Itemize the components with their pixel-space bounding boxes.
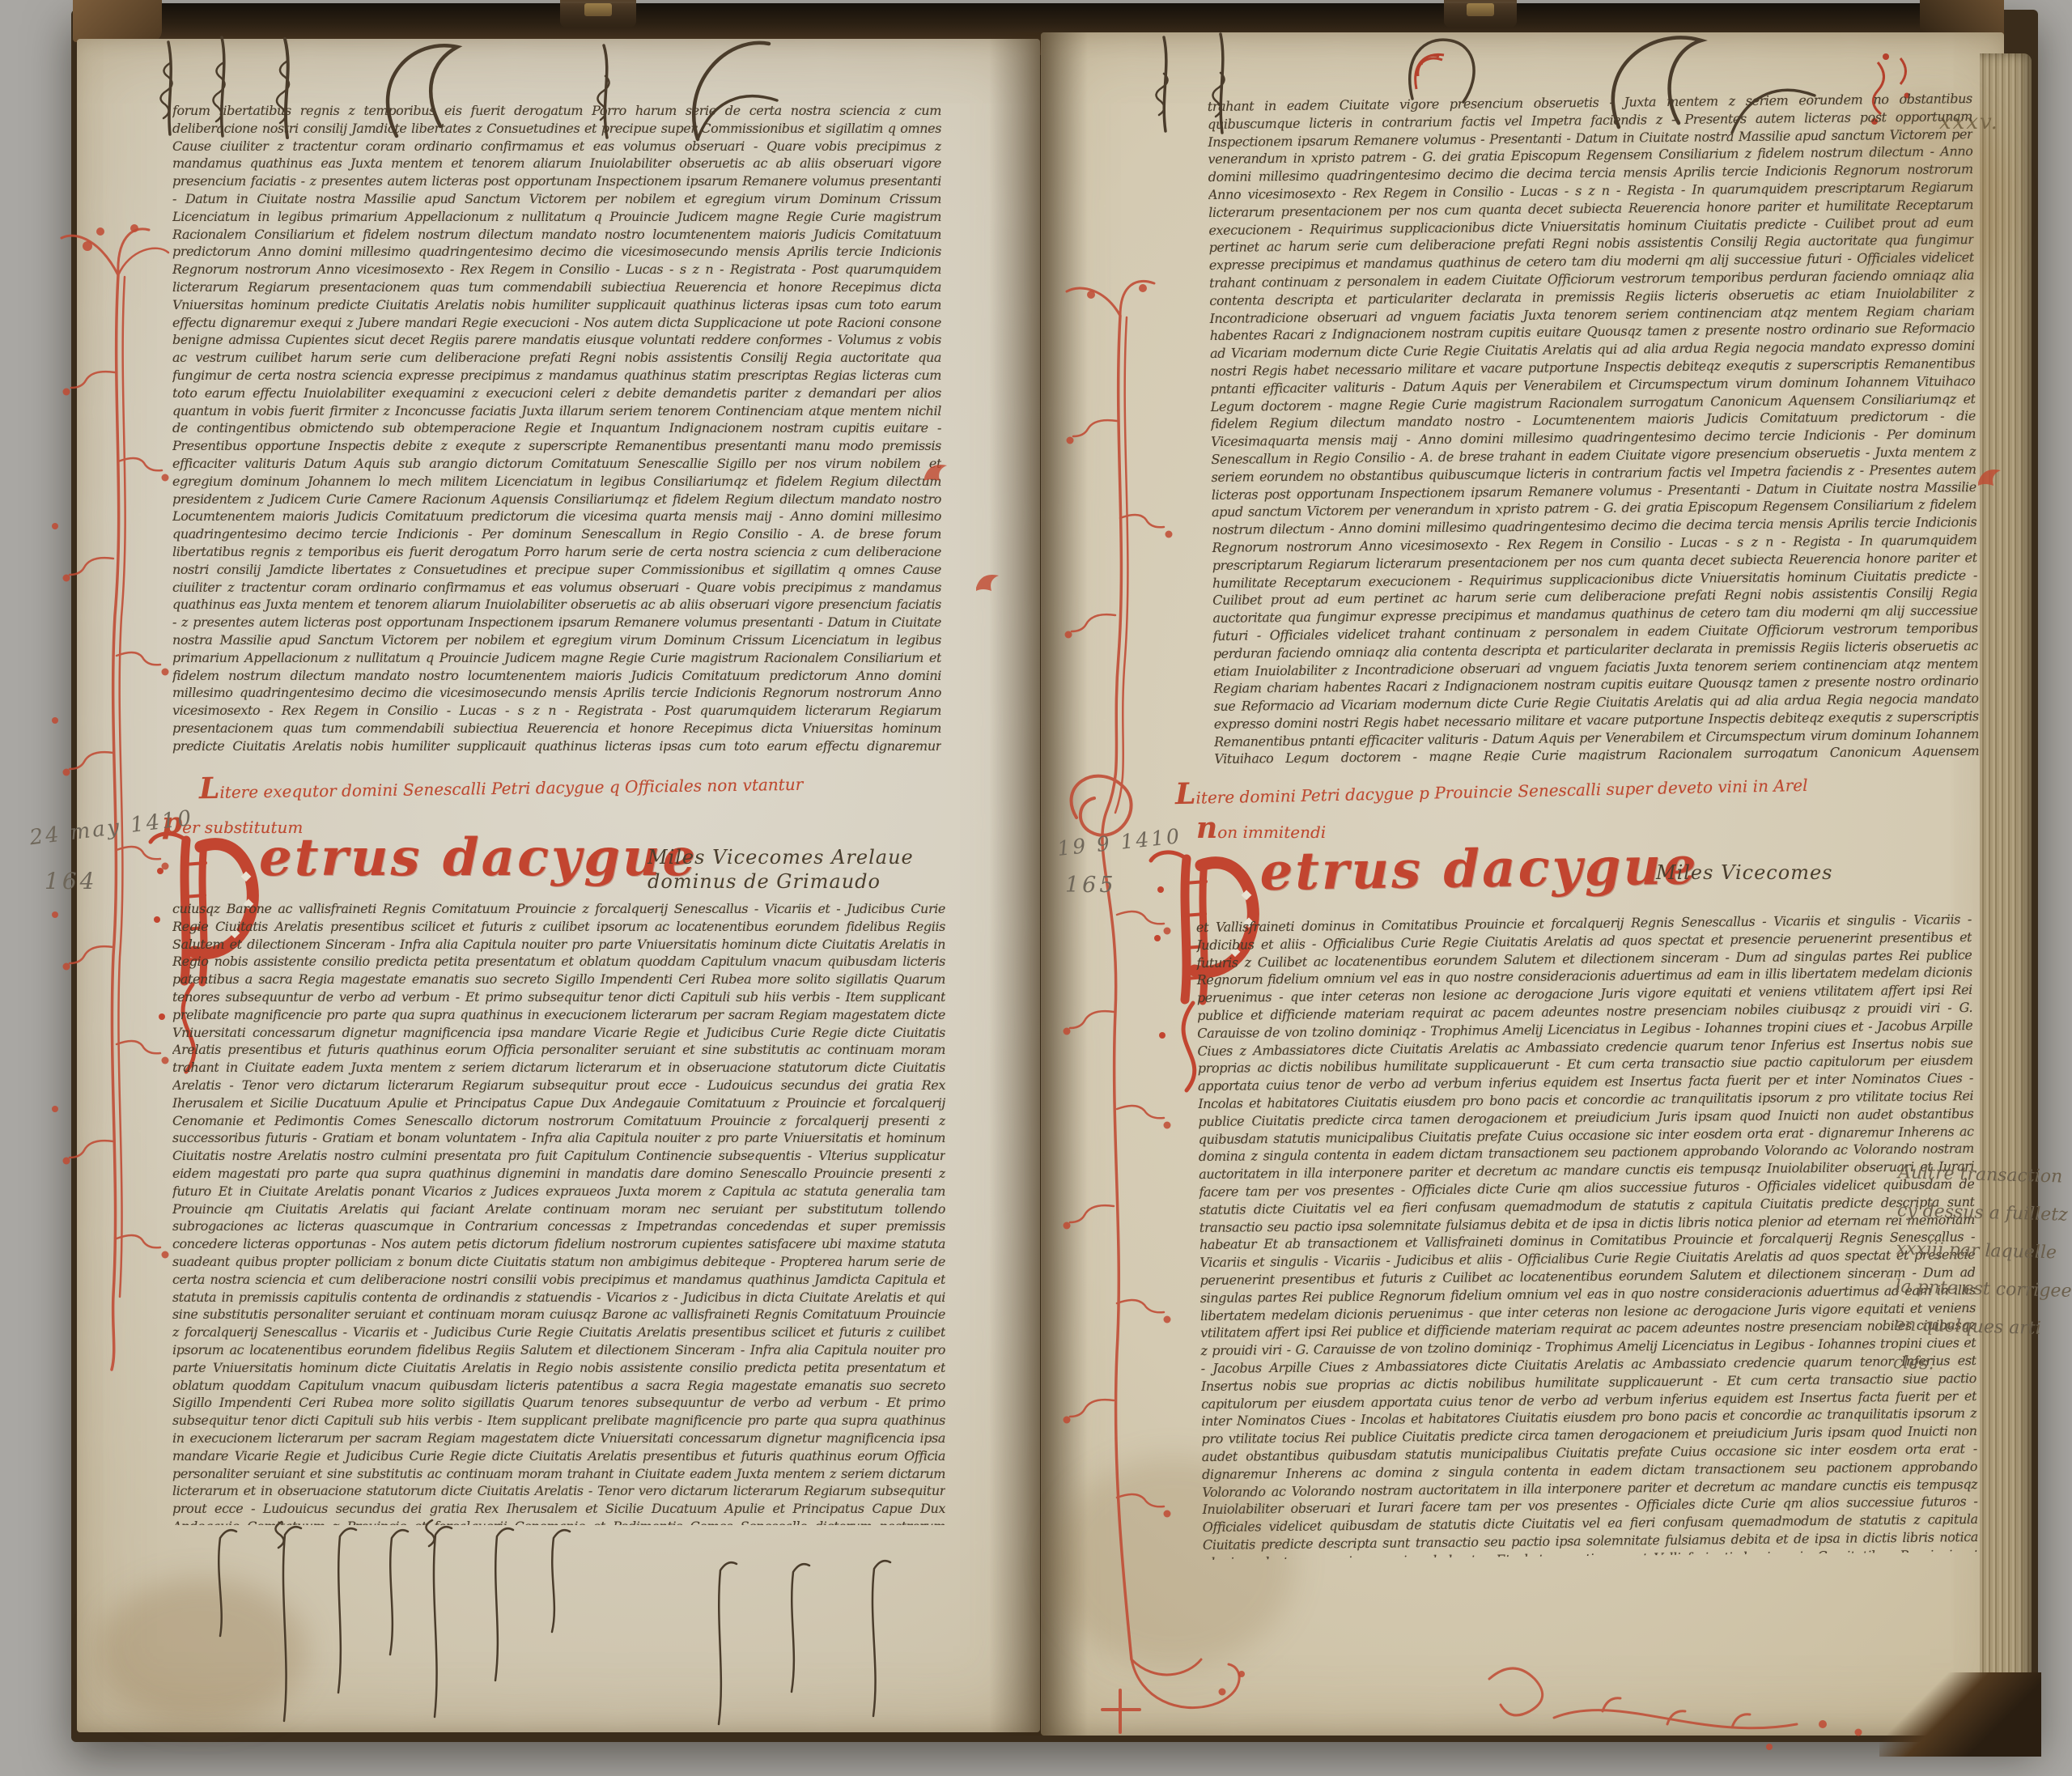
- left-body-block-2: cuiusqz Barone ac vallisfraineti Regnis …: [172, 900, 945, 1525]
- right-margin-folio-number: 165: [1065, 873, 1117, 898]
- back-cover-corner: [1879, 1672, 2041, 1757]
- manuscript-photo: forum libertatibus regnis z temporibus e…: [0, 0, 2072, 1776]
- right-heading-suffix: Miles Vicecomes: [1656, 861, 1832, 884]
- right-margin-french-note: Aultre transaction cy dessus a fuilletz …: [1892, 1154, 2072, 1387]
- left-heading-suffix: Miles Vicecomes Arelaue dominus de Grima…: [647, 845, 955, 894]
- left-body-block-1: forum libertatibus regnis z temporibus e…: [172, 102, 941, 754]
- right-body-block-1: trahant in eadem Ciuitate vigore presenc…: [1208, 90, 1980, 765]
- fore-edge-page-stack: [1980, 53, 2032, 1700]
- margin-note-line: la pnte est corrigee: [1895, 1268, 2070, 1311]
- right-rubric-line2: non immitendi: [1196, 811, 1326, 845]
- margin-note-line: cy dessus a fuilletz: [1896, 1192, 2071, 1234]
- left-margin-folio-number: 164: [45, 868, 97, 894]
- margin-note-line: cles.: [1892, 1344, 2067, 1387]
- margin-note-line: en quelques arti: [1894, 1306, 2069, 1349]
- left-heading-name: etrus dacygue: [259, 827, 698, 888]
- binding-corner-left: [73, 0, 162, 42]
- clasp-strap-left: [560, 0, 636, 28]
- margin-note-line: Aultre transaction: [1897, 1154, 2072, 1196]
- right-heading-name: etrus dacygue: [1259, 835, 1699, 903]
- parchment-stain: [97, 1578, 308, 1724]
- right-body-block-2: et Vallisfraineti dominus in Comitatibus…: [1196, 911, 1978, 1560]
- margin-note-line: xxxiij par laquelle: [1896, 1230, 2070, 1273]
- clasp-strap-right: [1444, 0, 1517, 28]
